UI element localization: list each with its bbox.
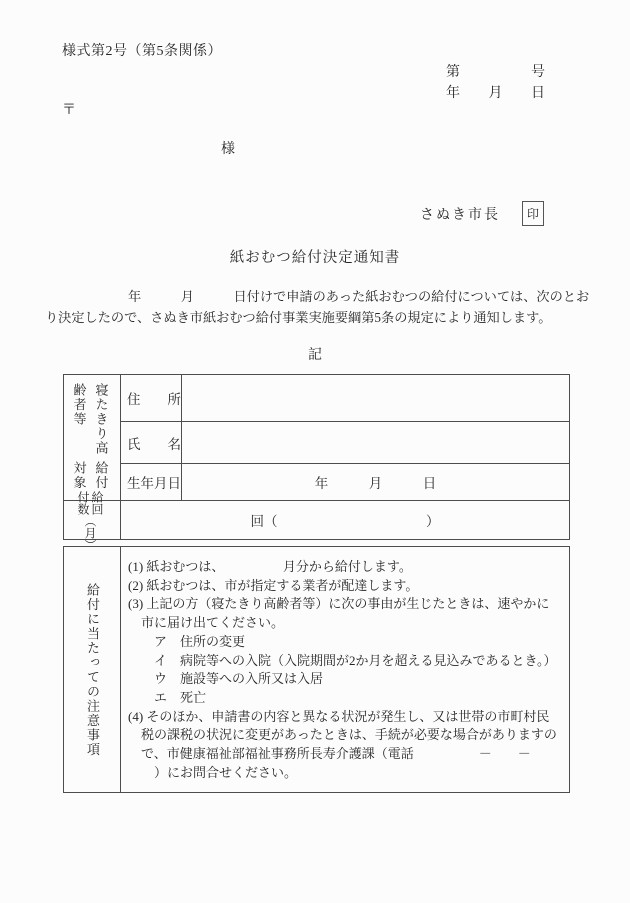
notice-line: (3) 上記の方（寝たきり高齢者等）に次の事由が生じたときは、速やかに	[128, 595, 563, 614]
date-day-label: 日	[531, 83, 545, 104]
frequency-header-line-2: 回数	[76, 503, 104, 515]
doc-number-suffix: 号	[531, 62, 545, 83]
ki-marker: 記	[0, 344, 630, 364]
date-month-label: 月	[489, 83, 503, 104]
name-label-cell: 氏 名	[121, 422, 182, 464]
notice-line: イ 病院等への入院（入院期間が2か月を超える見込みであるとき。）	[128, 652, 563, 671]
frequency-header-line-1: 給付	[76, 491, 104, 503]
addressee-suffix: 様	[221, 138, 235, 158]
notice-vertical-header: 給付に当たっての注意事項	[64, 547, 121, 792]
document-number-line: 第 号	[446, 62, 545, 83]
notice-line: (4) そのほか、申請書の内容と異なる状況が発生し、又は世帯の市町村民	[128, 708, 563, 727]
page-title: 紙おむつ給付決定通知書	[0, 246, 630, 267]
document-number-block: 第 号 年 月 日	[446, 62, 545, 104]
frequency-value-cell: 回（ ）	[121, 501, 569, 539]
notice-table: 給付に当たっての注意事項 (1) 紙おむつは、 月分から給付します。 (2) 紙…	[63, 546, 570, 793]
notice-line: 税の課税の状況に変更があったときは、手続が必要な場合がありますの	[128, 726, 563, 745]
notice-line: ウ 施設等への入所又は入居	[128, 670, 563, 689]
seal-mark: 印	[522, 201, 544, 226]
notice-line: ア 住所の変更	[128, 633, 563, 652]
doc-number-prefix: 第	[446, 62, 460, 83]
recipient-vertical-header: 寝たきり高齢者等 給付対象	[64, 375, 121, 501]
birthdate-label-cell: 生年月日	[121, 464, 182, 501]
form-number-label: 様式第2号（第5条関係）	[62, 40, 222, 60]
notice-line: (1) 紙おむつは、 月分から給付します。	[128, 558, 563, 577]
notice-line: ）にお問合せください。	[128, 764, 563, 783]
date-line: 年 月 日	[446, 83, 545, 104]
recipient-table: 寝たきり高齢者等 給付対象 住 所 氏 名 生年月日 年 月 日 給付 回数 （…	[63, 374, 570, 540]
notice-line: で、市健康福祉部福祉事務所長寿介護課（電話 － －	[128, 745, 563, 764]
notice-line: エ 死亡	[128, 689, 563, 708]
issuer-name: さぬき市長	[420, 204, 500, 224]
body-paragraph: 年 月 日付けで申請のあった紙おむつの給付については、次のとお り決定したので、…	[45, 287, 585, 328]
notice-content-cell: (1) 紙おむつは、 月分から給付します。 (2) 紙おむつは、市が指定する業者…	[121, 547, 569, 792]
body-line-1: 年 月 日付けで申請のあった紙おむつの給付については、次のとお	[45, 287, 585, 308]
issuer-row: さぬき市長 印	[420, 201, 560, 226]
address-label-cell: 住 所	[121, 375, 182, 422]
birthdate-value-cell: 年 月 日	[182, 464, 569, 501]
body-line-2: り決定したので、さぬき市紙おむつ給付事業実施要綱第5条の規定により通知します。	[45, 308, 585, 329]
name-value-cell	[182, 422, 569, 464]
notice-line: 市に届け出てください。	[128, 614, 563, 633]
recipient-header-line-1: 寝たきり高齢者等	[68, 383, 112, 461]
postal-mark: 〒	[62, 99, 76, 119]
frequency-vertical-header: 給付 回数 （月）	[64, 501, 121, 539]
address-value-cell	[182, 375, 569, 422]
notice-line: (2) 紙おむつは、市が指定する業者が配達します。	[128, 577, 563, 596]
date-year-label: 年	[446, 83, 460, 104]
